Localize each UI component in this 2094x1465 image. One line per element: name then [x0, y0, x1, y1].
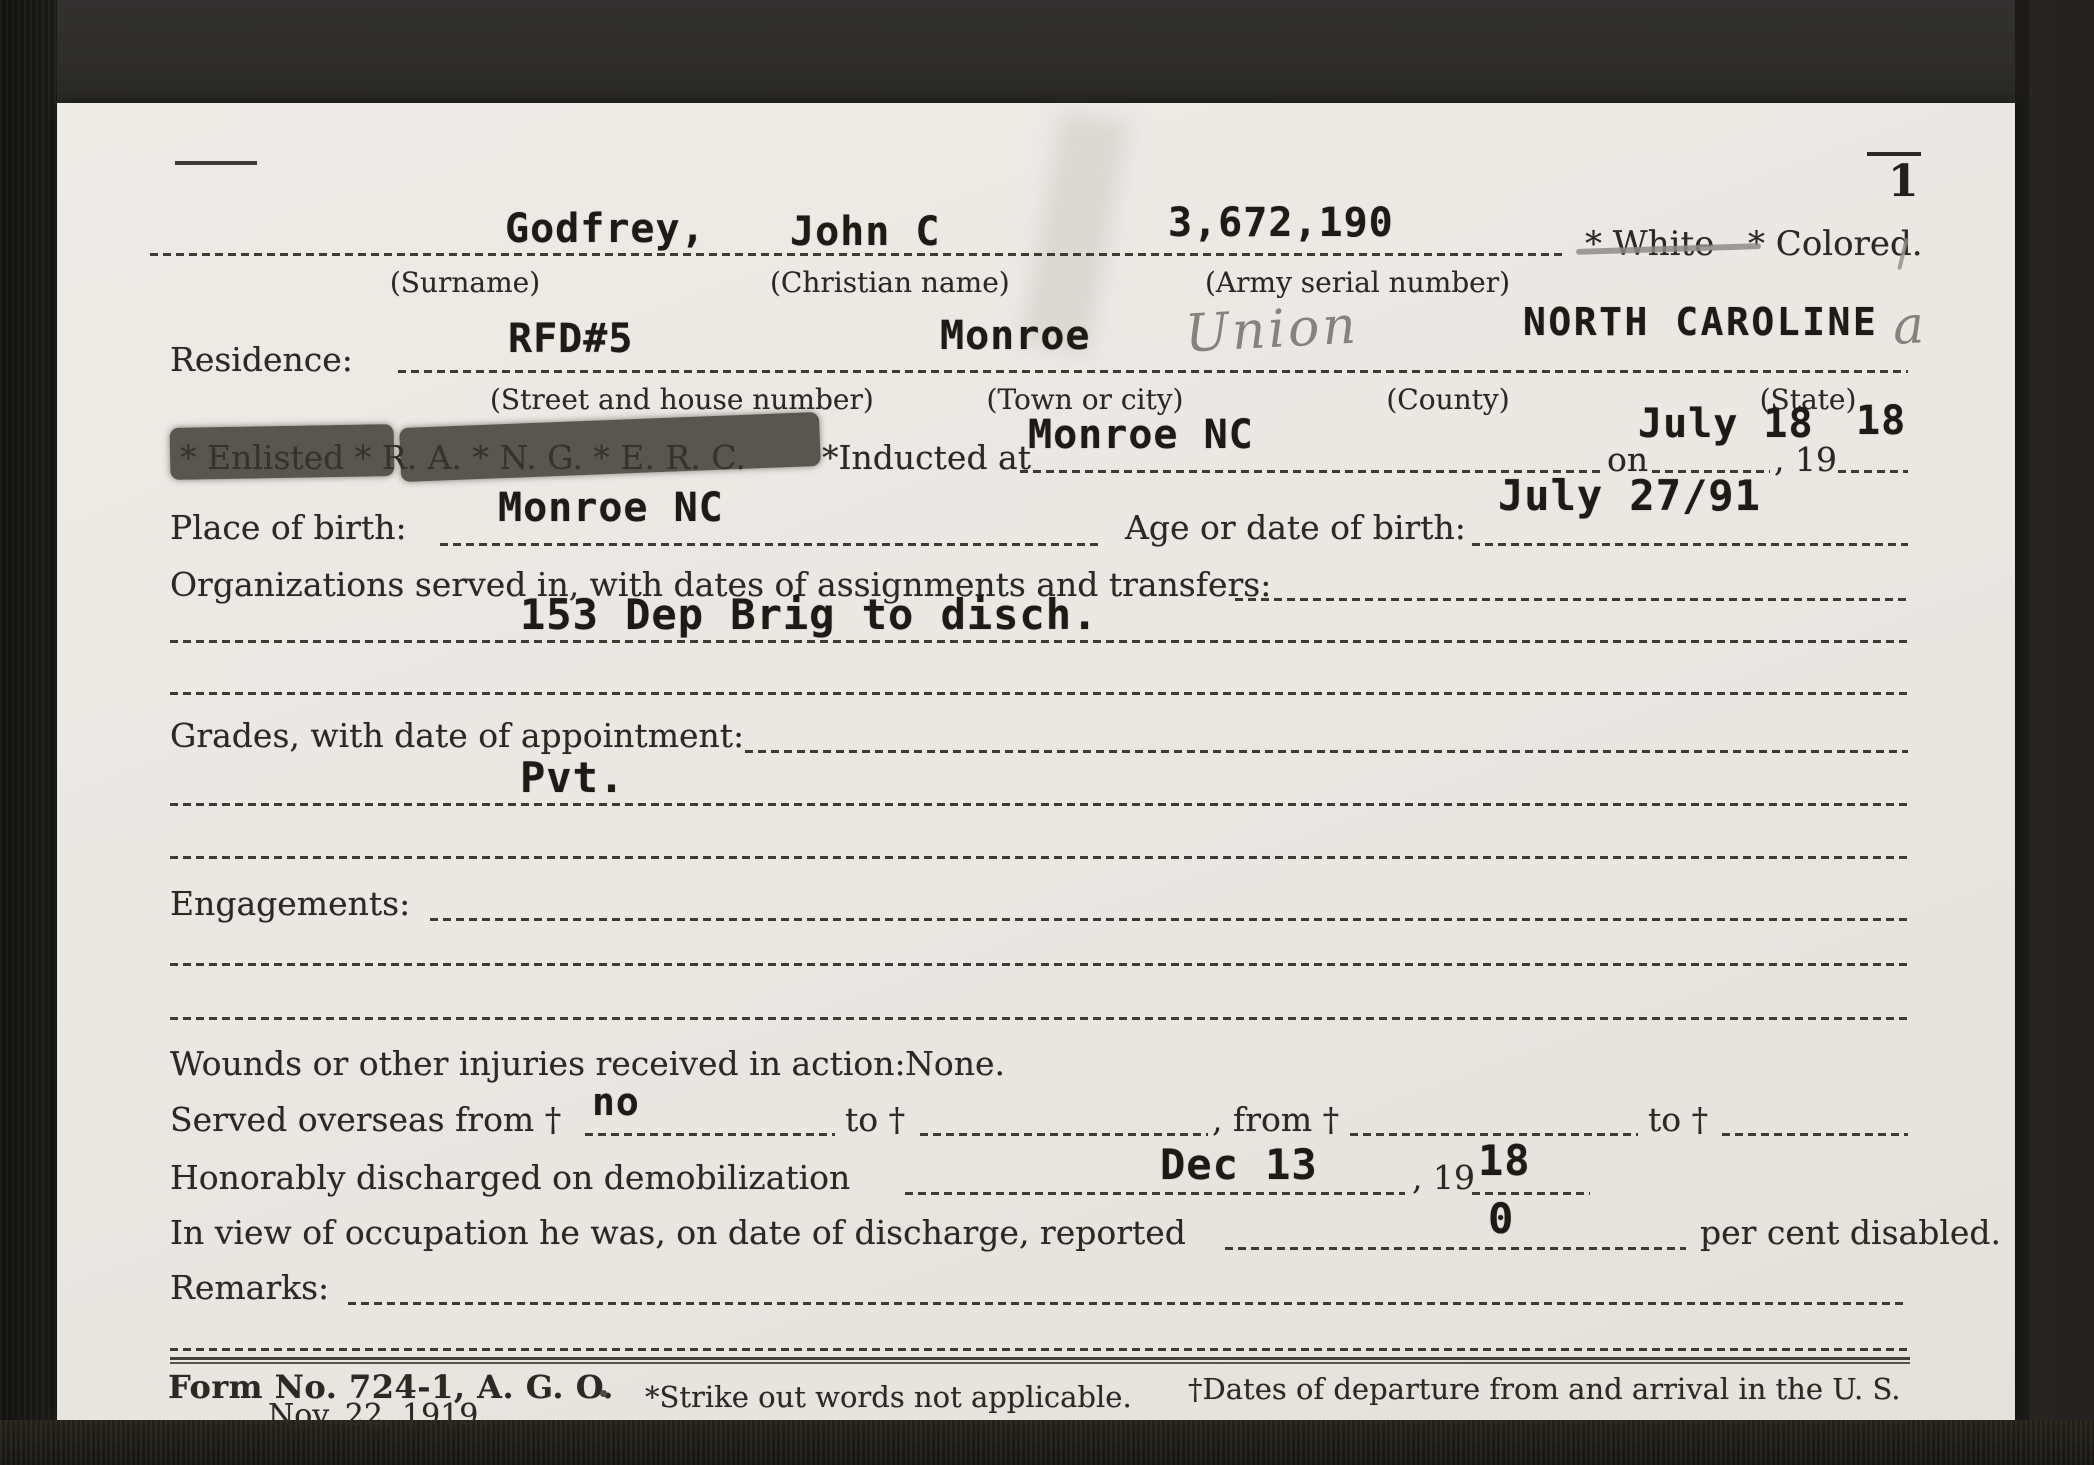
scan-background-left: [0, 0, 57, 1465]
christian-name-caption: (Christian name): [770, 266, 980, 299]
place-of-birth-rule: [440, 543, 1100, 546]
state-handwritten-suffix: a: [1891, 295, 1928, 357]
scan-background-right: [2015, 0, 2094, 1465]
residence-rule: [398, 370, 1908, 373]
organizations-rule: [1235, 598, 1908, 601]
discharge-date-value: Dec 13: [1160, 1140, 1318, 1189]
overseas-to1-label: to †: [845, 1100, 905, 1139]
disability-label: In view of occupation he was, on date of…: [170, 1213, 1186, 1252]
place-of-birth-value: Monroe NC: [498, 485, 724, 531]
footnote-dot: [600, 1390, 607, 1397]
disability-value: 0: [1488, 1194, 1514, 1243]
street-caption: (Street and house number): [490, 383, 830, 416]
wounds-label: Wounds or other injuries received in act…: [170, 1044, 906, 1083]
disability-suffix-label: per cent disabled.: [1700, 1213, 2001, 1252]
engagements-label: Engagements:: [170, 884, 410, 923]
white-label: * White: [1585, 224, 1714, 264]
christian-name-value: John C: [790, 209, 941, 255]
blank-rule-3: [170, 803, 1908, 806]
overseas-rule-2: [920, 1133, 1208, 1136]
date-of-birth-value: July 27/91: [1498, 471, 1761, 520]
discharge-date-rule: [905, 1192, 1405, 1195]
serial-number-caption: (Army serial number): [1205, 266, 1475, 299]
street-value: RFD#5: [508, 316, 633, 362]
blank-rule-7: [170, 1348, 1908, 1351]
serial-number-value: 3,672,190: [1168, 200, 1394, 246]
scan-background-top: [57, 0, 2094, 103]
inducted-at-label: *Inducted at: [822, 438, 1031, 477]
inducted-place-value: Monroe NC: [1028, 412, 1254, 458]
surname-caption: (Surname): [315, 266, 615, 299]
date-of-birth-rule: [1472, 543, 1908, 546]
discharge-label: Honorably discharged on demobilization: [170, 1158, 850, 1197]
remarks-rule: [348, 1302, 1908, 1305]
blank-rule-5: [170, 963, 1908, 966]
footer-divider-line: [170, 1357, 1910, 1364]
dagger-footnote: †Dates of departure from and arrival in …: [1188, 1372, 1901, 1406]
strike-out-footnote: *Strike out words not applicable.: [645, 1380, 1132, 1414]
organizations-value: 153 Dep Brig to disch.: [520, 590, 1098, 639]
blank-rule-2: [170, 692, 1908, 695]
induction-year-rule: [1838, 470, 1908, 473]
discharge-year-value: 18: [1478, 1136, 1531, 1185]
remarks-label: Remarks:: [170, 1268, 329, 1307]
disability-rule: [1225, 1247, 1686, 1250]
ink-smear-strikeout-1: [170, 424, 395, 480]
overseas-from1-value: no: [592, 1080, 640, 1124]
town-value: Monroe: [940, 313, 1091, 359]
blank-rule-6: [170, 1017, 1908, 1020]
blank-rule-1: [170, 640, 1908, 643]
residence-label: Residence:: [170, 340, 353, 379]
grades-label: Grades, with date of appointment:: [170, 716, 744, 755]
state-value: NORTH CAROLINE: [1523, 300, 1878, 344]
colored-label: * Colored.: [1748, 224, 1923, 264]
place-of-birth-label: Place of birth:: [170, 508, 407, 547]
scanned-service-record: 1 Godfrey, John C 3,672,190 * White * Co…: [0, 0, 2094, 1465]
county-handwritten-value: Union: [1184, 295, 1361, 364]
county-caption: (County): [1368, 383, 1528, 416]
name-row-rule: [150, 253, 1562, 256]
discharge-year-19-label: , 19: [1412, 1158, 1475, 1197]
overseas-from2-label: , from †: [1212, 1100, 1339, 1139]
wounds-value: None.: [905, 1044, 1005, 1083]
form-date: Nov. 22, 1919.: [268, 1398, 488, 1433]
overseas-rule-4: [1722, 1133, 1908, 1136]
top-left-tick-mark: [175, 161, 257, 165]
grades-value: Pvt.: [520, 753, 625, 802]
page-number: 1: [1888, 156, 1919, 207]
date-of-birth-label: Age or date of birth:: [1125, 508, 1466, 547]
overseas-to2-label: to †: [1648, 1100, 1708, 1139]
blank-rule-4: [170, 856, 1908, 859]
surname-value: Godfrey,: [505, 206, 706, 252]
overseas-rule-1: [585, 1133, 835, 1136]
induction-year-value: 18: [1856, 398, 1906, 444]
year-19-label: , 19: [1774, 440, 1837, 479]
grades-rule: [745, 750, 1908, 753]
overseas-from1-label: Served overseas from †: [170, 1100, 561, 1139]
engagements-rule: [430, 918, 1908, 921]
